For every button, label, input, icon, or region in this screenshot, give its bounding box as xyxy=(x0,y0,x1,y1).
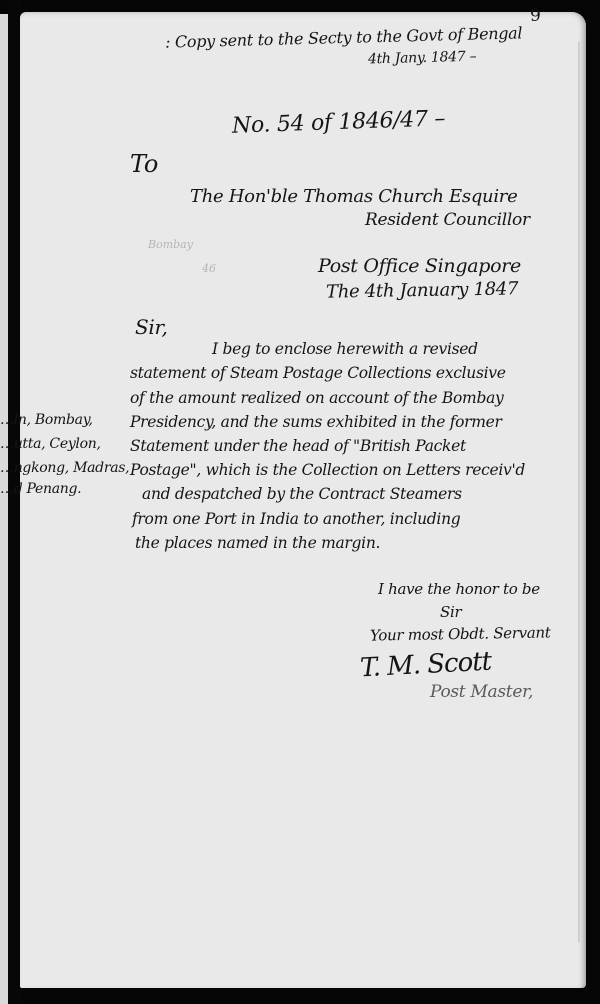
margin-note-line: …ln, Bombay, xyxy=(0,412,93,428)
pencil-mark: 46 xyxy=(202,262,216,275)
salutation: Sir, xyxy=(135,315,168,339)
page-edge-shadow xyxy=(578,42,580,942)
body-line: statement of Steam Postage Collections e… xyxy=(130,364,506,382)
addressee-title: Resident Councillor xyxy=(365,210,530,230)
to-heading: To xyxy=(130,150,158,178)
closing-sir: Sir xyxy=(440,603,461,621)
body-line: I beg to enclose herewith a revised xyxy=(212,340,478,358)
body-line: from one Port in India to another, inclu… xyxy=(132,510,460,528)
body-line: of the amount realized on account of the… xyxy=(130,389,503,407)
sender-place: Post Office Singapore xyxy=(318,255,521,277)
pencil-mark: Bombay xyxy=(148,238,193,251)
body-line: Presidency, and the sums exhibited in th… xyxy=(130,413,502,431)
copy-note-date: 4th Jany. 1847 – xyxy=(368,49,477,68)
letter-date: The 4th January 1847 xyxy=(326,278,518,302)
margin-note-line: …utta, Ceylon, xyxy=(0,436,101,452)
body-line: the places named in the margin. xyxy=(135,534,380,552)
closing-servant: Your most Obdt. Servant xyxy=(370,623,551,644)
adjacent-page-edge xyxy=(0,14,8,1004)
page-number: 9 xyxy=(530,6,541,26)
body-line: Statement under the head of "British Pac… xyxy=(130,437,466,455)
body-line: and despatched by the Contract Steamers xyxy=(142,485,462,503)
margin-note-line: …ngkong, Madras, xyxy=(0,460,129,476)
addressee-name: The Hon'ble Thomas Church Esquire xyxy=(190,186,517,207)
body-line: Postage", which is the Collection on Let… xyxy=(130,461,525,479)
margin-note-line: …d Penang. xyxy=(0,481,81,497)
signatory-title: Post Master, xyxy=(430,682,533,702)
closing-line: I have the honor to be xyxy=(378,580,540,598)
